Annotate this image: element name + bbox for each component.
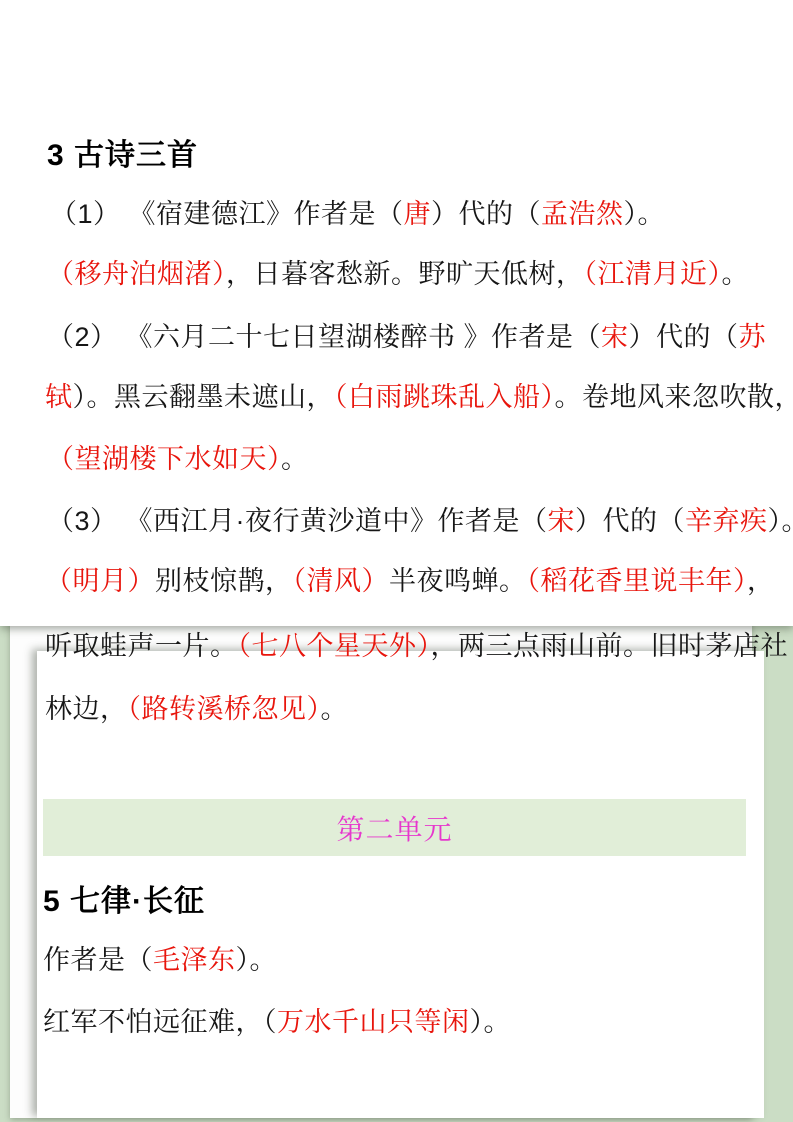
poem-line-7: （明月）别枝惊鹊，（清风）半夜鸣蝉。（稻花香里说丰年）， (45, 559, 775, 598)
text-segment: ）。 (768, 506, 793, 536)
answer-text: 毛泽东 (153, 945, 236, 975)
poem-line-2: （移舟泊烟渚），日暮客愁新。野旷天低树，（江清月近）。 (47, 252, 749, 291)
answer-text: 孟浩然 (541, 199, 624, 229)
text-segment: ）代的（ (575, 506, 685, 536)
answer-text: 辛弃疾 (685, 506, 768, 536)
text-segment: ）。 (236, 945, 278, 975)
poem-line-6: （3） 《西江月·夜行黄沙道中》作者是（宋）代的（辛弃疾）。 (47, 499, 793, 538)
text-segment: 林边， (45, 694, 128, 724)
answer-text: （七八个星天外） (238, 631, 431, 661)
text-layer: 3 古诗三首 （1） 《宿建德江》作者是（唐）代的（孟浩然）。 （移舟泊烟渚），… (0, 0, 793, 1122)
answer-text: （望湖楼下水如天） (47, 444, 281, 474)
unit-banner-label: 第二单元 (336, 808, 452, 848)
answer-text: （移舟泊烟渚） (47, 259, 226, 289)
answer-text: 苏 (739, 322, 767, 352)
answer-text: （清风） (293, 566, 390, 596)
poem-line-8: 听取蛙声一片。（七八个星天外），两三点雨山前。旧时茅店社 (45, 624, 788, 663)
text-segment: 。 (281, 444, 309, 474)
text-segment: ， (747, 566, 775, 596)
answer-text: 轼 (45, 382, 73, 412)
text-segment: ，日暮客愁新。野旷天低树， (226, 259, 584, 289)
text-segment: （2） 《六月二十七日望湖楼醉书 》作者是（ (47, 322, 601, 352)
poem-line-1: （1） 《宿建德江》作者是（唐）代的（孟浩然）。 (50, 192, 665, 231)
poem-line-5: （望湖楼下水如天）。 (47, 437, 309, 476)
text-segment: 红军不怕远征难，（ (43, 1007, 277, 1037)
text-segment: （3） 《西江月·夜行黄沙道中》作者是（ (47, 506, 548, 536)
answer-text: （稻花香里说丰年） (527, 566, 748, 596)
text-segment: ）代的（ (431, 199, 541, 229)
answer-text: （白雨跳珠乱入船） (334, 382, 555, 412)
text-segment: ）代的（ (629, 322, 739, 352)
text-segment: ）。黑云翻墨未遮山， (73, 382, 335, 412)
text-segment: ）。 (624, 199, 666, 229)
text-segment: 。卷地风来忽吹散， (555, 382, 793, 412)
section2-title: 5 七律·长征 (43, 876, 205, 920)
text-segment: ）。 (470, 1007, 512, 1037)
answer-text: （路转溪桥忽见） (128, 694, 321, 724)
text-segment: 。 (321, 694, 349, 724)
text-segment: 半夜鸣蝉。 (389, 566, 527, 596)
answer-text: 宋 (601, 322, 629, 352)
text-segment: 作者是（ (43, 945, 153, 975)
answer-text: （明月） (45, 566, 155, 596)
unit-banner: 第二单元 (43, 799, 746, 856)
document-page: { "page": { "background_green": "#cbddc5… (0, 0, 793, 1122)
text-segment: 。 (722, 259, 750, 289)
answer-text: 宋 (548, 506, 576, 536)
text-segment: ，两三点雨山前。旧时茅店社 (431, 631, 789, 661)
poem-line-11: 红军不怕远征难，（万水千山只等闲）。 (43, 1000, 511, 1039)
poem-line-4: 轼）。黑云翻墨未遮山，（白雨跳珠乱入船）。卷地风来忽吹散， (45, 375, 793, 414)
answer-text: （江清月近） (584, 259, 722, 289)
poem-line-9: 林边，（路转溪桥忽见）。 (45, 687, 348, 726)
section1-title: 3 古诗三首 (47, 130, 198, 174)
answer-text: 唐 (404, 199, 432, 229)
text-segment: 别枝惊鹊， (155, 566, 293, 596)
poem-line-10: 作者是（毛泽东）。 (43, 938, 277, 977)
poem-line-3: （2） 《六月二十七日望湖楼醉书 》作者是（宋）代的（苏 (47, 315, 766, 354)
text-segment: 听取蛙声一片。 (45, 631, 238, 661)
answer-text: 万水千山只等闲 (277, 1007, 470, 1037)
text-segment: （1） 《宿建德江》作者是（ (50, 199, 404, 229)
